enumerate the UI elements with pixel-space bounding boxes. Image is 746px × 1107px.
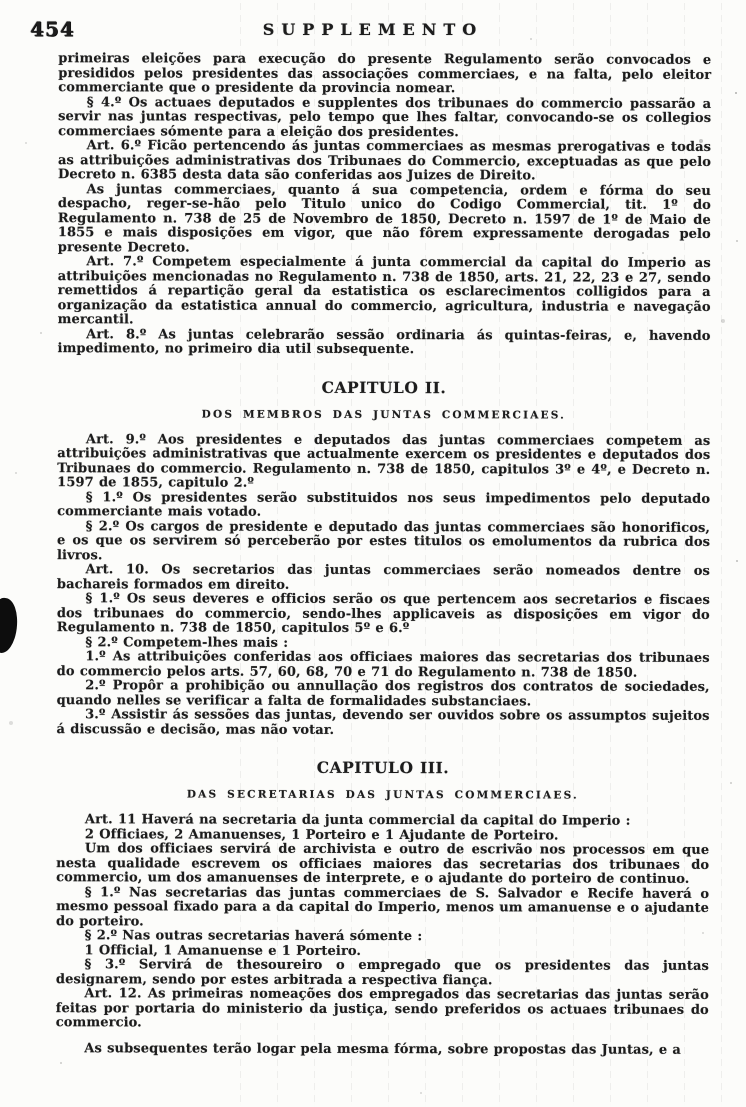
paragraph: § 1.º Os seus deveres e officios serão o… <box>57 592 710 637</box>
document-text-block: primeiras eleições para execução do pres… <box>56 52 712 1058</box>
paragraph: Art. 8.º As juntas celebrarão sessão ord… <box>58 328 711 359</box>
paragraph: § 1.º Nas secretarias das juntas commerc… <box>56 886 709 931</box>
paragraph: As subsequentes terão logar pela mesma f… <box>56 1042 709 1058</box>
paragraph: Art. 7.º Competem especialmente á junta … <box>58 255 711 329</box>
paragraph: § 1.º Os presidentes serão substituidos … <box>57 491 710 522</box>
paragraph: 1.º As attribuições conferidas aos offic… <box>57 650 710 681</box>
paragraph: 2.º Propôr a prohibição ou annullação do… <box>57 679 710 710</box>
paragraph: 3.º Assistir ás sessões das juntas, deve… <box>57 708 710 739</box>
paragraph: § 3.º Servirá de thesoureiro o empregado… <box>56 958 709 989</box>
ink-blot <box>0 597 20 655</box>
paragraph: Art. 9.º Aos presidentes e deputados das… <box>57 433 710 493</box>
paragraph: § 4.º Os actuaes deputados e supplentes … <box>58 96 711 141</box>
chapter-heading: CAPITULO III. <box>56 757 709 778</box>
paragraph: Um dos officiaes servirá de archivista e… <box>56 842 709 887</box>
paragraph: § 2.º Os cargos de presidente e deputado… <box>57 520 710 565</box>
page-header: 454 SUPPLEMENTO <box>0 0 746 50</box>
section-heading: DOS MEMBROS DAS JUNTAS COMMERCIAES. <box>57 408 710 423</box>
section-heading: DAS SECRETARIAS DAS JUNTAS COMMERCIAES. <box>56 788 709 803</box>
chapter-heading: CAPITULO II. <box>57 377 710 398</box>
paragraph: Art. 10. Os secretarios das juntas comme… <box>57 563 710 594</box>
paragraph: primeiras eleições para execução do pres… <box>58 52 711 97</box>
paragraph: Art. 6.º Ficão pertencendo ás juntas com… <box>58 139 711 184</box>
journal-title: SUPPLEMENTO <box>0 20 746 39</box>
paragraph: Art. 12. As primeiras nomeações dos empr… <box>56 987 709 1032</box>
scanned-document-page: 454 SUPPLEMENTO primeiras eleições para … <box>0 0 746 1107</box>
paragraph: As juntas commerciaes, quanto á sua comp… <box>58 183 711 257</box>
